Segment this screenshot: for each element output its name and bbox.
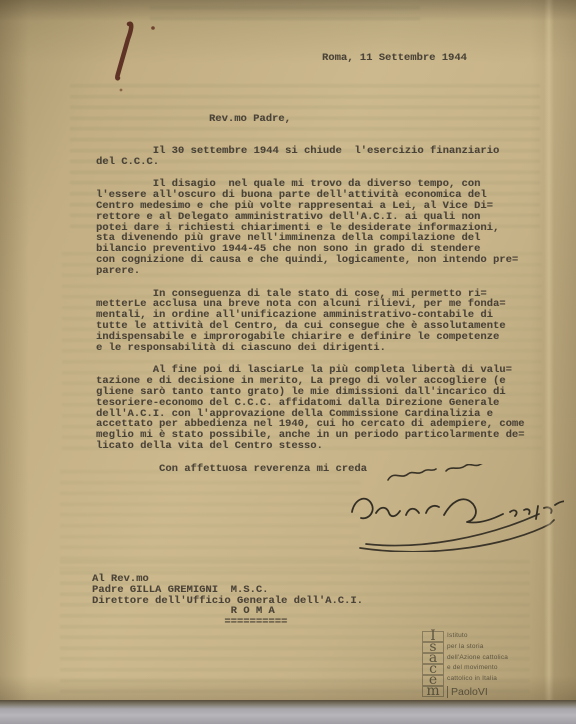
- scanned-letter-photo: Roma, 11 Settembre 1944 Rev.mo Padre, Il…: [0, 0, 576, 724]
- dateline: Roma, 11 Settembre 1944: [322, 53, 467, 64]
- acronym-letter: m: [422, 686, 444, 697]
- letter-body: Rev.mo Padre, Il 30 settembre 1944 si ch…: [96, 114, 544, 475]
- salutation: Rev.mo Padre,: [96, 114, 544, 125]
- stamp-footer: PaoloVI: [447, 686, 508, 698]
- archive-stamp: I s a c e m Istituto per la storia dell'…: [422, 631, 508, 698]
- stamp-line: cattolico in Italia: [447, 674, 508, 685]
- stamp-line: e del movimento: [447, 663, 508, 674]
- paper-edge-highlight: [544, 0, 554, 704]
- scanner-bed-strip: [0, 700, 576, 724]
- stamp-line: Istituto: [447, 631, 508, 642]
- paragraph-4: Al fine poi di lasciarLe la più completa…: [96, 365, 544, 451]
- paragraph-3: In conseguenza di tale stato di cose, mi…: [96, 289, 544, 354]
- stamp-line: dell'Azione cattolica: [447, 653, 508, 664]
- recipient-block: Al Rev.mo Padre GILLA GREMIGNI M.S.C. Di…: [92, 574, 363, 628]
- archive-stamp-text: Istituto per la storia dell'Azione catto…: [447, 631, 508, 698]
- archive-stamp-acronym: I s a c e m: [422, 631, 444, 698]
- paragraph-1: Il 30 settembre 1944 si chiude l'eserciz…: [96, 146, 544, 168]
- handwritten-annotation-mark: [96, 14, 176, 106]
- paragraph-2: Il disagio nel quale mi trovo da diverso…: [96, 179, 544, 276]
- stamp-line: per la storia: [447, 642, 508, 653]
- handwritten-signature: [336, 464, 564, 552]
